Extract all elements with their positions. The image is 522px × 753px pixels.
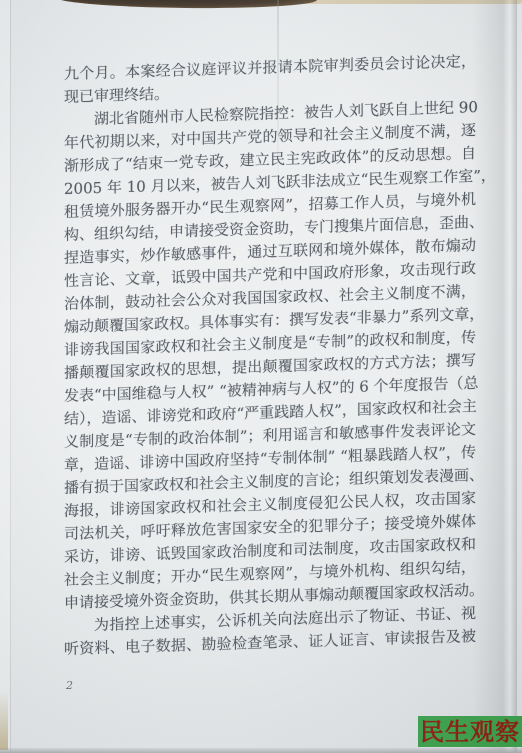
page-number: 2 <box>66 679 73 692</box>
photo-background-bottom-left <box>0 692 8 750</box>
paper-right-edge <box>516 0 517 753</box>
document-body: 九个月。本案经合议庭评议并报请本院审判委员会讨论决定， 现已审理终结。 湖北省随… <box>64 50 476 661</box>
paper-left-edge <box>10 0 11 753</box>
document-photo: 九个月。本案经合议庭评议并报请本院审判委员会讨论决定， 现已审理终结。 湖北省随… <box>0 0 522 753</box>
paper-left-highlight <box>0 0 10 753</box>
paper-bottom-edge <box>0 748 522 753</box>
watermark-minsheng-guancha: 民生观察 <box>418 716 522 747</box>
